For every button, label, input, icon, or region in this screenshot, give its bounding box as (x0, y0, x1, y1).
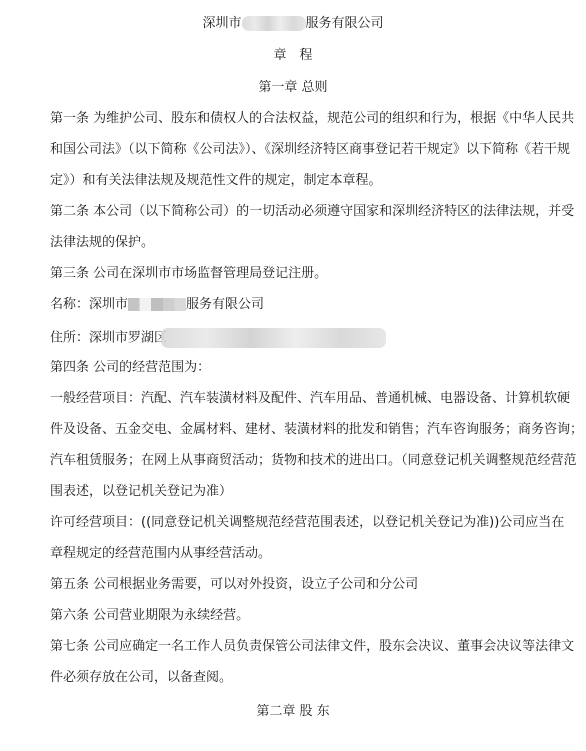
article2-line1: 第二条 本公司（以下简称公司）的一切活动必须遵守国家和深圳经济特区的法律法规，并… (50, 204, 574, 220)
general-scope-line2: 件及设备、五金交电、金属材料、建材、装潢材料的批发和销售；汽车咨询服务；商务咨询… (50, 422, 583, 438)
licensed-scope-line1: 许可经营项目：((同意登记机关调整规范经营范围表述，以登记机关登记为准))公司应… (50, 515, 564, 531)
redacted-address (161, 328, 386, 348)
company-title-prefix: 深圳市 (202, 16, 241, 31)
chapter2-title: 第二章 股 东 (0, 704, 586, 720)
article3: 第三条 公司在深圳市市场监督管理局登记注册。 (50, 266, 327, 282)
address-line: 住所：深圳市罗湖区 (50, 328, 386, 348)
address-prefix: 住所：深圳市罗湖区 (50, 331, 167, 346)
redacted-name (128, 298, 186, 311)
general-scope-line1: 一般经营项目：汽配、汽车装潢材料及配件、汽车用品、普通机械、电器设备、计算机软硬 (50, 391, 570, 407)
company-title-suffix: 服务有限公司 (306, 16, 384, 31)
article6: 第六条 公司营业期限为永续经营。 (50, 608, 249, 624)
chapter1-title: 第一章 总则 (0, 80, 586, 96)
article7-line2: 件必须存放在公司，以备查阅。 (50, 670, 232, 686)
article7-line1: 第七条 公司应确定一名工作人员负责保管公司法律文件，股东会决议、董事会决议等法律… (50, 639, 574, 655)
article1-line2: 和国公司法》（以下简称《公司法》）、《深圳经济特区商事登记若干规定》以下简称《若… (50, 142, 570, 158)
article1-line3: 定》）和有关法律法规及规范性文件的规定，制定本章程。 (50, 173, 382, 189)
article4-title: 第四条 公司的经营范围为： (50, 360, 210, 376)
company-title: 深圳市服务有限公司 (0, 16, 586, 32)
general-scope-line4: 围表述，以登记机关登记为准） (50, 484, 232, 500)
company-name-line: 名称：深圳市服务有限公司 (50, 297, 264, 313)
article5: 第五条 公司根据业务需要，可以对外投资，设立子公司和分公司 (50, 577, 418, 593)
name-suffix: 服务有限公司 (186, 297, 264, 312)
general-scope-line3: 汽车租赁服务；在网上从事商贸活动；货物和技术的进出口。（同意登记机关调整规范经营… (50, 453, 577, 469)
article1-line1: 第一条 为维护公司、股东和债权人的合法权益，规范公司的组织和行为，根据《中华人民… (50, 111, 574, 127)
redacted-company-name (242, 16, 306, 31)
name-prefix: 名称：深圳市 (50, 297, 128, 312)
article2-line2: 法律法规的保护。 (50, 235, 154, 251)
document-title: 章 程 (0, 48, 586, 64)
licensed-scope-line2: 章程规定的经营范围内从事经营活动。 (50, 546, 271, 562)
